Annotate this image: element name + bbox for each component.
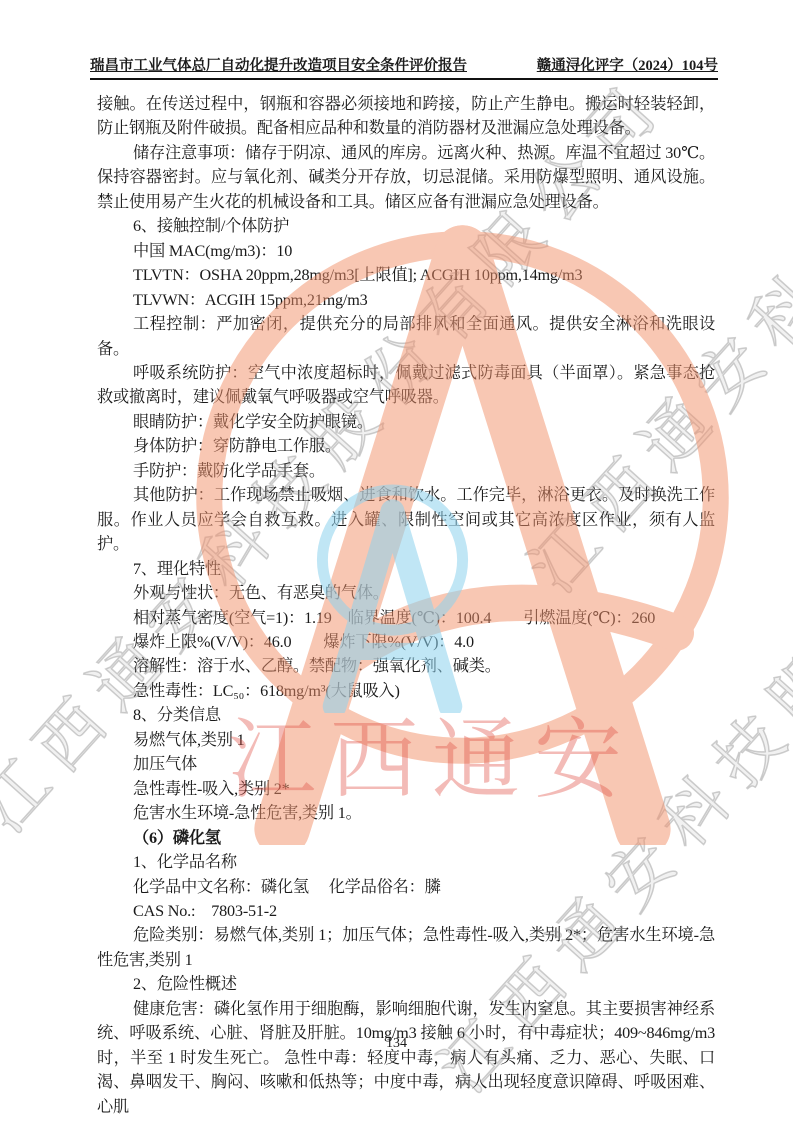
- page-number: 134: [386, 1036, 407, 1051]
- paragraph: 接触。在传送过程中，钢瓶和容器必须接地和跨接，防止产生静电。搬运时轻装轻卸，防止…: [97, 92, 715, 141]
- paragraph: TLVTN：OSHA 20ppm,28mg/m3[上限值]; ACGIH 10p…: [97, 263, 715, 287]
- paragraph: 工程控制：严加密闭，提供充分的局部排风和全面通风。提供安全淋浴和洗眼设备。: [97, 312, 715, 361]
- paragraph: 1、化学品名称: [97, 850, 715, 874]
- header-report-title: 瑞昌市工业气体总厂自动化提升改造项目安全条件评价报告: [90, 54, 467, 75]
- paragraph: 6、接触控制/个体防护: [97, 214, 715, 238]
- paragraph: 2、危险性概述: [97, 972, 715, 996]
- paragraph: 易燃气体,类别 1: [97, 728, 715, 752]
- document-page: 瑞昌市工业气体总厂自动化提升改造项目安全条件评价报告 赣通浔化评字（2024）1…: [0, 0, 793, 1122]
- paragraph: （6）磷化氢: [97, 826, 715, 850]
- page-footer: 134: [0, 1036, 793, 1052]
- page-header: 瑞昌市工业气体总厂自动化提升改造项目安全条件评价报告 赣通浔化评字（2024）1…: [90, 54, 718, 80]
- paragraph: 爆炸上限%(V/V)：46.0 爆炸下限%(V/V)：4.0: [97, 630, 715, 654]
- paragraph: 急性毒性：LC₅₀：618mg/m³(大鼠吸入): [97, 679, 715, 703]
- paragraph: 呼吸系统防护：空气中浓度超标时，佩戴过滤式防毒面具（半面罩）。紧急事态抢救或撤离…: [97, 361, 715, 410]
- paragraph: 危害水生环境-急性危害,类别 1。: [97, 801, 715, 825]
- paragraph: 加压气体: [97, 752, 715, 776]
- paragraph: 7、理化特性: [97, 557, 715, 581]
- paragraph: CAS No.: 7803-51-2: [97, 899, 715, 923]
- paragraph: 眼睛防护：戴化学安全防护眼镜。: [97, 410, 715, 434]
- paragraph: 手防护：戴防化学品手套。: [97, 459, 715, 483]
- paragraph: 外观与性状：无色、有恶臭的气体。: [97, 581, 715, 605]
- header-doc-number: 赣通浔化评字（2024）104号: [537, 54, 718, 75]
- document-body: 接触。在传送过程中，钢瓶和容器必须接地和跨接，防止产生静电。搬运时轻装轻卸，防止…: [97, 92, 715, 1119]
- paragraph: 急性毒性-吸入,类别 2*: [97, 777, 715, 801]
- paragraph: 身体防护：穿防静电工作服。: [97, 434, 715, 458]
- paragraph: 化学品中文名称：磷化氢 化学品俗名：膦: [97, 875, 715, 899]
- paragraph: 8、分类信息: [97, 703, 715, 727]
- paragraph: 其他防护：工作现场禁止吸烟、进食和饮水。工作完毕，淋浴更衣。及时换洗工作服。作业…: [97, 483, 715, 556]
- paragraph: 溶解性：溶于水、乙醇。禁配物：强氧化剂、碱类。: [97, 654, 715, 678]
- paragraph: TLVWN：ACGIH 15ppm,21mg/m3: [97, 288, 715, 312]
- paragraph: 储存注意事项：储存于阴凉、通风的库房。远离火种、热源。库温不宜超过 30℃。保持…: [97, 141, 715, 214]
- paragraph: 危险类别：易燃气体,类别 1；加压气体；急性毒性-吸入,类别 2*；危害水生环境…: [97, 923, 715, 972]
- paragraph: 健康危害：磷化氢作用于细胞酶，影响细胞代谢，发生内窒息。其主要损害神经系统、呼吸…: [97, 997, 715, 1119]
- paragraph: 中国 MAC(mg/m3)：10: [97, 239, 715, 263]
- paragraph: 相对蒸气密度(空气=1)：1.19 临界温度(℃)：100.4 引燃温度(℃)：…: [97, 606, 715, 630]
